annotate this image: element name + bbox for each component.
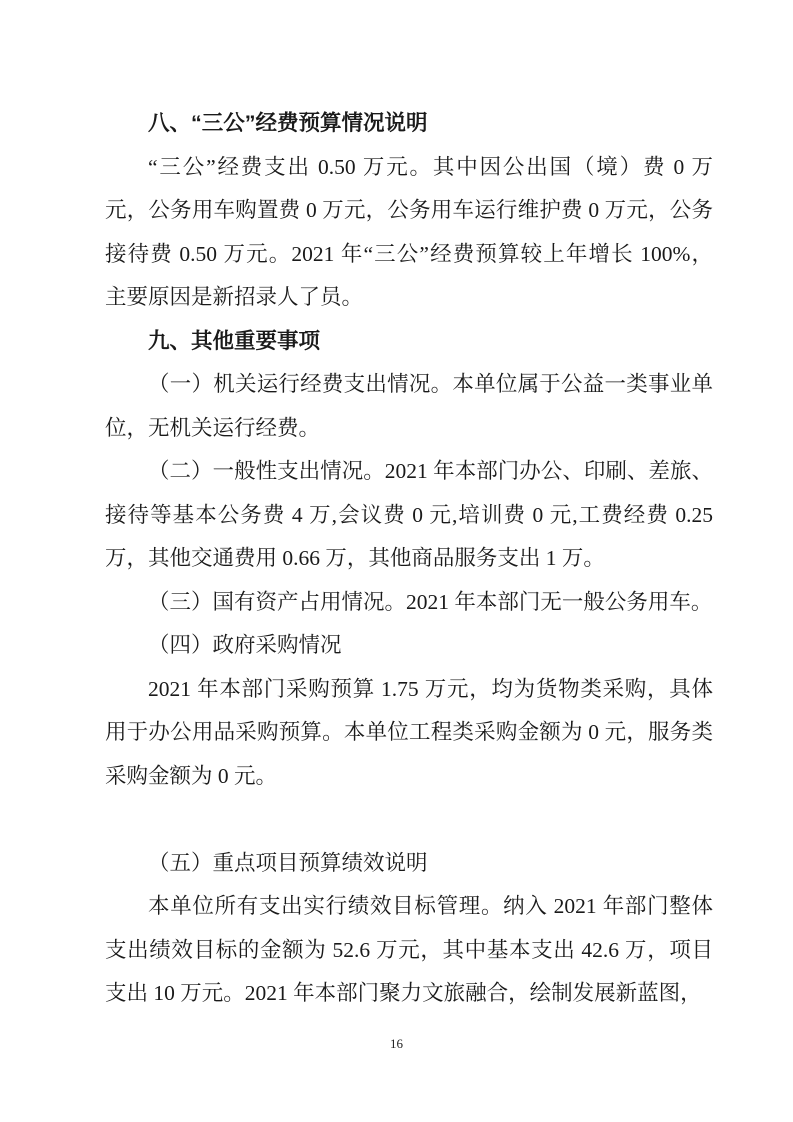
document-page: 八、“三公”经费预算情况说明“三公”经费支出 0.50 万元。其中因公出国（境）… [0, 0, 793, 1122]
text-line: 本单位所有支出实行绩效目标管理。纳入 2021 年部门整体 [105, 885, 713, 929]
text-line: 用于办公用品采购预算。本单位工程类采购金额为 0 元，服务类 [105, 711, 713, 755]
paragraph: “三公”经费支出 0.50 万元。其中因公出国（境）费 0 万元，公务用车购置费… [105, 146, 713, 320]
paragraph: 本单位所有支出实行绩效目标管理。纳入 2021 年部门整体支出绩效目标的金额为 … [105, 885, 713, 1016]
text-line: 元，公务用车购置费 0 万元，公务用车运行维护费 0 万元，公务 [105, 189, 713, 233]
paragraph: （四）政府采购情况 [105, 624, 713, 668]
text-line: （四）政府采购情况 [105, 624, 713, 668]
text-line: 采购金额为 0 元。 [105, 755, 713, 799]
page-number: 16 [0, 1034, 793, 1054]
text-line: 支出绩效目标的金额为 52.6 万元，其中基本支出 42.6 万，项目 [105, 929, 713, 973]
text-line: （三）国有资产占用情况。2021 年本部门无一般公务用车。 [105, 581, 713, 625]
text-line: 支出 10 万元。2021 年本部门聚力文旅融合，绘制发展新蓝图， [105, 972, 713, 1016]
text-line: 2021 年本部门采购预算 1.75 万元，均为货物类采购，具体 [105, 668, 713, 712]
paragraph: （五）重点项目预算绩效说明 [105, 842, 713, 886]
text-line: 接待等基本公务费 4 万,会议费 0 元,培训费 0 元,工费经费 0.25 [105, 494, 713, 538]
text-line: 接待费 0.50 万元。2021 年“三公”经费预算较上年增长 100%， [105, 233, 713, 277]
text-line: （一）机关运行经费支出情况。本单位属于公益一类事业单 [105, 363, 713, 407]
section-heading: 九、其他重要事项 [105, 320, 713, 364]
section-heading: 八、“三公”经费预算情况说明 [105, 102, 713, 146]
text-line [105, 798, 713, 842]
paragraph: （一）机关运行经费支出情况。本单位属于公益一类事业单位，无机关运行经费。 [105, 363, 713, 450]
heading-line: 九、其他重要事项 [105, 320, 713, 364]
heading-line: 八、“三公”经费预算情况说明 [105, 102, 713, 146]
blank-line [105, 798, 713, 842]
paragraph: 2021 年本部门采购预算 1.75 万元，均为货物类采购，具体用于办公用品采购… [105, 668, 713, 799]
text-line: 万，其他交通费用 0.66 万，其他商品服务支出 1 万。 [105, 537, 713, 581]
text-line: 主要原因是新招录人了员。 [105, 276, 713, 320]
text-line: “三公”经费支出 0.50 万元。其中因公出国（境）费 0 万 [105, 146, 713, 190]
text-line: （二）一般性支出情况。2021 年本部门办公、印刷、差旅、 [105, 450, 713, 494]
document-body: 八、“三公”经费预算情况说明“三公”经费支出 0.50 万元。其中因公出国（境）… [105, 102, 713, 1016]
paragraph: （三）国有资产占用情况。2021 年本部门无一般公务用车。 [105, 581, 713, 625]
text-line: 位，无机关运行经费。 [105, 407, 713, 451]
paragraph: （二）一般性支出情况。2021 年本部门办公、印刷、差旅、接待等基本公务费 4 … [105, 450, 713, 581]
text-line: （五）重点项目预算绩效说明 [105, 842, 713, 886]
